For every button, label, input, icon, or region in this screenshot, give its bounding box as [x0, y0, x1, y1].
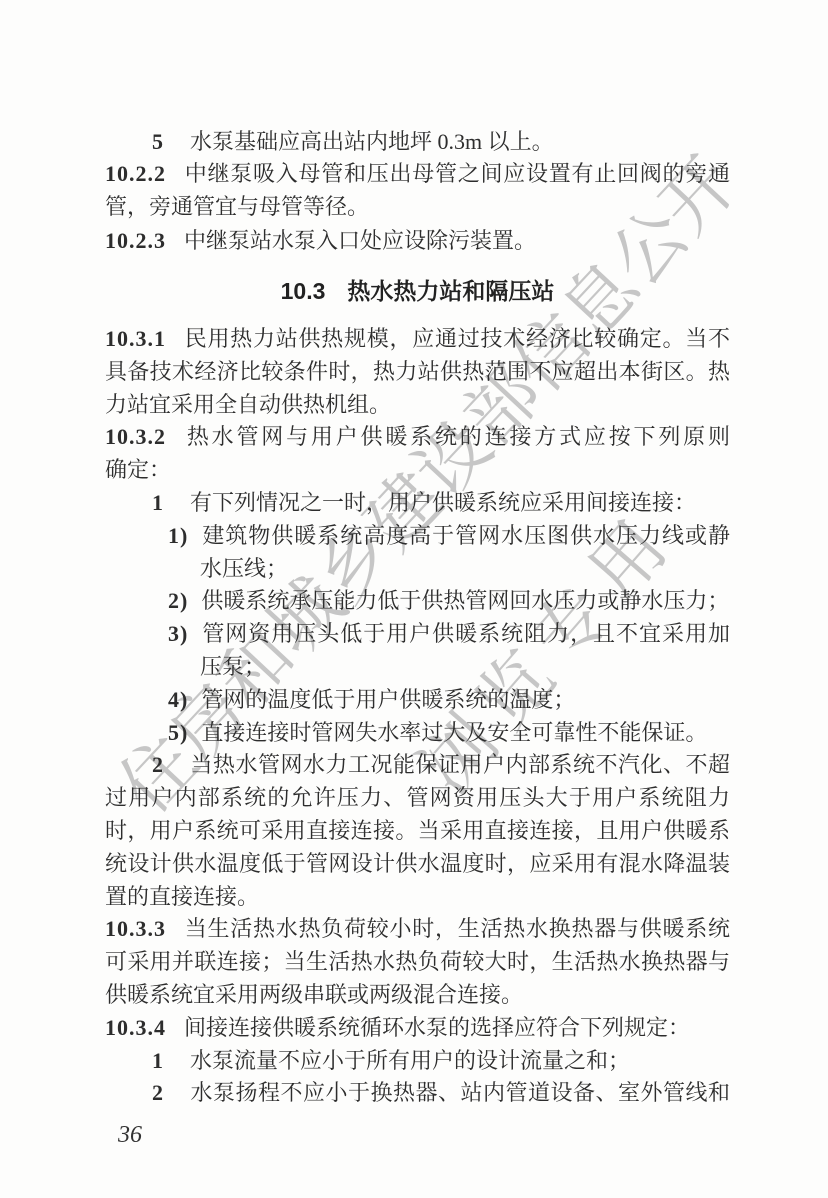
line-text: 具备技术经济比较条件时，热力站供热范围不应超出本街区。热 — [105, 359, 730, 384]
text-line: 可采用并联连接；当生活热水热负荷较大时，生活热水换热器与 — [105, 951, 730, 975]
text-line: 时，用户系统可采用直接连接。当采用直接连接，且用户供暖系 — [105, 820, 730, 844]
text-line: 水压线； — [200, 558, 288, 582]
text-line: 管，旁通管宜与母管等径。 — [105, 196, 369, 220]
text-line: 10.2.3中继泵站水泵入口处应设除污装置。 — [105, 230, 536, 254]
clause-number: 10.2.2 — [105, 161, 166, 186]
line-text: 水泵流量不应小于所有用户的设计流量之和； — [190, 1048, 630, 1073]
label-gap — [166, 180, 184, 181]
line-text: 管网资用压头低于用户供暖系统阻力，且不宜采用加 — [201, 621, 730, 646]
line-text: 中继泵吸入母管和压出母管之间应设置有止回阀的旁通 — [184, 161, 730, 186]
label-gap — [188, 739, 201, 740]
line-text: 直接连接时管网失水率过大及安全可靠性不能保证。 — [201, 720, 707, 745]
line-text: 时，用户系统可采用直接连接。当采用直接连接，且用户供暖系 — [105, 818, 730, 843]
text-line: 1水泵流量不应小于所有用户的设计流量之和； — [152, 1050, 630, 1074]
clause-number: 10.3.1 — [105, 326, 166, 351]
text-line: 5水泵基础应高出站内地坪 0.3m 以上。 — [152, 131, 554, 155]
page-number: 36 — [118, 1122, 142, 1149]
clause-number: 2) — [168, 588, 188, 613]
label-gap — [188, 640, 201, 641]
line-text: 建筑物供暖系统高度高于管网水压图供水压力线或静 — [201, 523, 730, 548]
label-gap — [164, 771, 190, 772]
clause-number: 10.3.4 — [105, 1015, 166, 1040]
label-gap — [166, 345, 184, 346]
clause-number: 1) — [168, 523, 188, 548]
line-text: 统设计供水温度低于管网设计供水温度时，应采用有混水降温装 — [105, 851, 730, 876]
clause-number: 1 — [152, 490, 164, 515]
line-text: 管网的温度低于用户供暖系统的温度； — [201, 687, 575, 712]
text-line: 2当热水管网水力工况能保证用户内部系统不汽化、不超 — [152, 754, 730, 778]
label-gap — [164, 148, 190, 149]
text-line: 具备技术经济比较条件时，热力站供热范围不应超出本街区。热 — [105, 361, 730, 385]
line-text: 确定： — [105, 457, 171, 482]
line-text: 中继泵站水泵入口处应设除污装置。 — [184, 228, 536, 253]
line-text: 过用户内部系统的允许压力、管网资用压头大于用户系统阻力 — [105, 785, 730, 810]
clause-number: 4) — [168, 687, 188, 712]
line-text: 管，旁通管宜与母管等径。 — [105, 194, 369, 219]
text-line: 10.3.1民用热力站供热规模，应通过技术经济比较确定。当不 — [105, 328, 730, 352]
line-text: 热水管网与用户供暖系统的连接方式应按下列原则 — [184, 424, 730, 449]
line-text: 力站宜采用全自动供热机组。 — [105, 392, 391, 417]
label-gap — [188, 542, 201, 543]
clause-number: 10.3.2 — [105, 424, 166, 449]
text-line: 10.3.3当生活热水热负荷较小时，生活热水换热器与供暖系统 — [105, 918, 730, 942]
text-line: 过用户内部系统的允许压力、管网资用压头大于用户系统阻力 — [105, 787, 730, 811]
clause-number: 10.2.3 — [105, 228, 166, 253]
label-gap — [166, 443, 184, 444]
text-line: 力站宜采用全自动供热机组。 — [105, 394, 391, 418]
label-gap — [164, 1099, 190, 1100]
line-text: 水泵基础应高出站内地坪 0.3m 以上。 — [190, 129, 554, 154]
clause-number: 2 — [152, 752, 164, 777]
text-line: 置的直接连接。 — [105, 886, 259, 910]
text-line: 1有下列情况之一时，用户供暖系统应采用间接连接： — [152, 492, 696, 516]
text-line: 10.3.2热水管网与用户供暖系统的连接方式应按下列原则 — [105, 426, 730, 450]
document-page: 住房和城乡建设部信息公开 浏览专用 10.3热水热力站和隔压站 5水泵基础应高出… — [0, 0, 828, 1198]
text-line: 2)供暖系统承压能力低于供热管网回水压力或静水压力； — [168, 590, 729, 614]
line-text: 水泵扬程不应小于换热器、站内管道设备、室外管线和 — [190, 1080, 730, 1105]
text-line: 1)建筑物供暖系统高度高于管网水压图供水压力线或静 — [168, 525, 730, 549]
line-text: 压泵； — [200, 654, 266, 679]
label-gap — [166, 247, 184, 248]
label-gap — [166, 935, 184, 936]
text-line: 供暖系统宜采用两级串联或两级混合连接。 — [105, 984, 523, 1008]
line-text: 可采用并联连接；当生活热水热负荷较大时，生活热水换热器与 — [105, 949, 730, 974]
text-line: 压泵； — [200, 656, 266, 680]
line-text: 置的直接连接。 — [105, 884, 259, 909]
clause-number: 5) — [168, 720, 188, 745]
clause-number: 5 — [152, 129, 164, 154]
text-line: 10.2.2中继泵吸入母管和压出母管之间应设置有止回阀的旁通 — [105, 163, 730, 187]
line-text: 间接连接供暖系统循环水泵的选择应符合下列规定： — [184, 1015, 690, 1040]
label-gap — [188, 607, 201, 608]
line-text: 水压线； — [200, 556, 288, 581]
label-gap — [166, 1034, 184, 1035]
text-line: 2水泵扬程不应小于换热器、站内管道设备、室外管线和 — [152, 1082, 730, 1106]
clause-number: 3) — [168, 621, 188, 646]
clause-number: 2 — [152, 1080, 164, 1105]
clause-number: 1 — [152, 1048, 164, 1073]
line-text: 当热水管网水力工况能保证用户内部系统不汽化、不超 — [190, 752, 730, 777]
label-gap — [164, 1067, 190, 1068]
text-line: 10.3.4间接连接供暖系统循环水泵的选择应符合下列规定： — [105, 1017, 690, 1041]
line-text: 供暖系统承压能力低于供热管网回水压力或静水压力； — [201, 588, 729, 613]
label-gap — [164, 509, 190, 510]
clause-number: 10.3.3 — [105, 916, 166, 941]
text-line: 4)管网的温度低于用户供暖系统的温度； — [168, 689, 575, 713]
text-line: 5)直接连接时管网失水率过大及安全可靠性不能保证。 — [168, 722, 707, 746]
line-text: 当生活热水热负荷较小时，生活热水换热器与供暖系统 — [184, 916, 730, 941]
body-text: 5水泵基础应高出站内地坪 0.3m 以上。10.2.2中继泵吸入母管和压出母管之… — [0, 0, 828, 1198]
text-line: 3)管网资用压头低于用户供暖系统阻力，且不宜采用加 — [168, 623, 730, 647]
text-line: 确定： — [105, 459, 171, 483]
text-line: 统设计供水温度低于管网设计供水温度时，应采用有混水降温装 — [105, 853, 730, 877]
line-text: 供暖系统宜采用两级串联或两级混合连接。 — [105, 982, 523, 1007]
line-text: 民用热力站供热规模，应通过技术经济比较确定。当不 — [184, 326, 730, 351]
label-gap — [188, 706, 201, 707]
line-text: 有下列情况之一时，用户供暖系统应采用间接连接： — [190, 490, 696, 515]
